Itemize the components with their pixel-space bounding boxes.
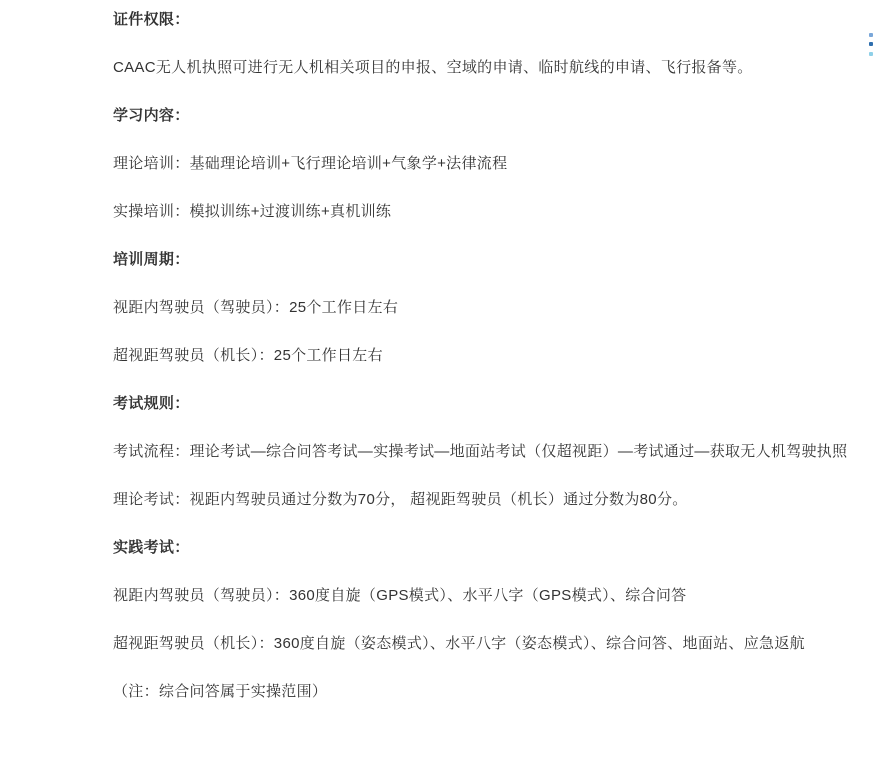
section-exam-rules: 考试规则： 考试流程：理论考试—综合问答考试—实操考试—地面站考试（仅超视距）—…	[113, 390, 866, 514]
artifact-dot	[869, 42, 873, 46]
document-body: 证件权限： CAAC无人机执照可进行无人机相关项目的申报、空域的申请、临时航线的…	[0, 0, 874, 706]
paragraph: 视距内驾驶员（驾驶员）：25个工作日左右	[113, 294, 866, 322]
section-practical-exam: 实践考试： 视距内驾驶员（驾驶员）：360度自旋（GPS模式）、水平八字（GPS…	[113, 534, 866, 706]
paragraph: 超视距驾驶员（机长）：25个工作日左右	[113, 342, 866, 370]
section-heading: 实践考试：	[113, 534, 866, 562]
clipped-edge-artifact	[868, 33, 874, 59]
artifact-dot	[869, 52, 873, 56]
paragraph: 考试流程：理论考试—综合问答考试—实操考试—地面站考试（仅超视距）—考试通过—获…	[113, 438, 866, 466]
artifact-dot	[869, 33, 873, 37]
section-study-content: 学习内容： 理论培训：基础理论培训+飞行理论培训+气象学+法律流程 实操培训：模…	[113, 102, 866, 226]
paragraph: 理论培训：基础理论培训+飞行理论培训+气象学+法律流程	[113, 150, 866, 178]
paragraph: 视距内驾驶员（驾驶员）：360度自旋（GPS模式）、水平八字（GPS模式）、综合…	[113, 582, 866, 610]
paragraph: CAAC无人机执照可进行无人机相关项目的申报、空域的申请、临时航线的申请、飞行报…	[113, 54, 866, 82]
paragraph: 理论考试：视距内驾驶员通过分数为70分， 超视距驾驶员（机长）通过分数为80分。	[113, 486, 866, 514]
section-training-period: 培训周期： 视距内驾驶员（驾驶员）：25个工作日左右 超视距驾驶员（机长）：25…	[113, 246, 866, 370]
section-heading: 证件权限：	[113, 6, 866, 34]
section-heading: 培训周期：	[113, 246, 866, 274]
section-heading: 考试规则：	[113, 390, 866, 418]
paragraph: （注：综合问答属于实操范围）	[113, 678, 866, 706]
paragraph: 超视距驾驶员（机长）：360度自旋（姿态模式）、水平八字（姿态模式）、综合问答、…	[113, 630, 866, 658]
paragraph: 实操培训：模拟训练+过渡训练+真机训练	[113, 198, 866, 226]
section-heading: 学习内容：	[113, 102, 866, 130]
section-certificate-rights: 证件权限： CAAC无人机执照可进行无人机相关项目的申报、空域的申请、临时航线的…	[113, 6, 866, 82]
